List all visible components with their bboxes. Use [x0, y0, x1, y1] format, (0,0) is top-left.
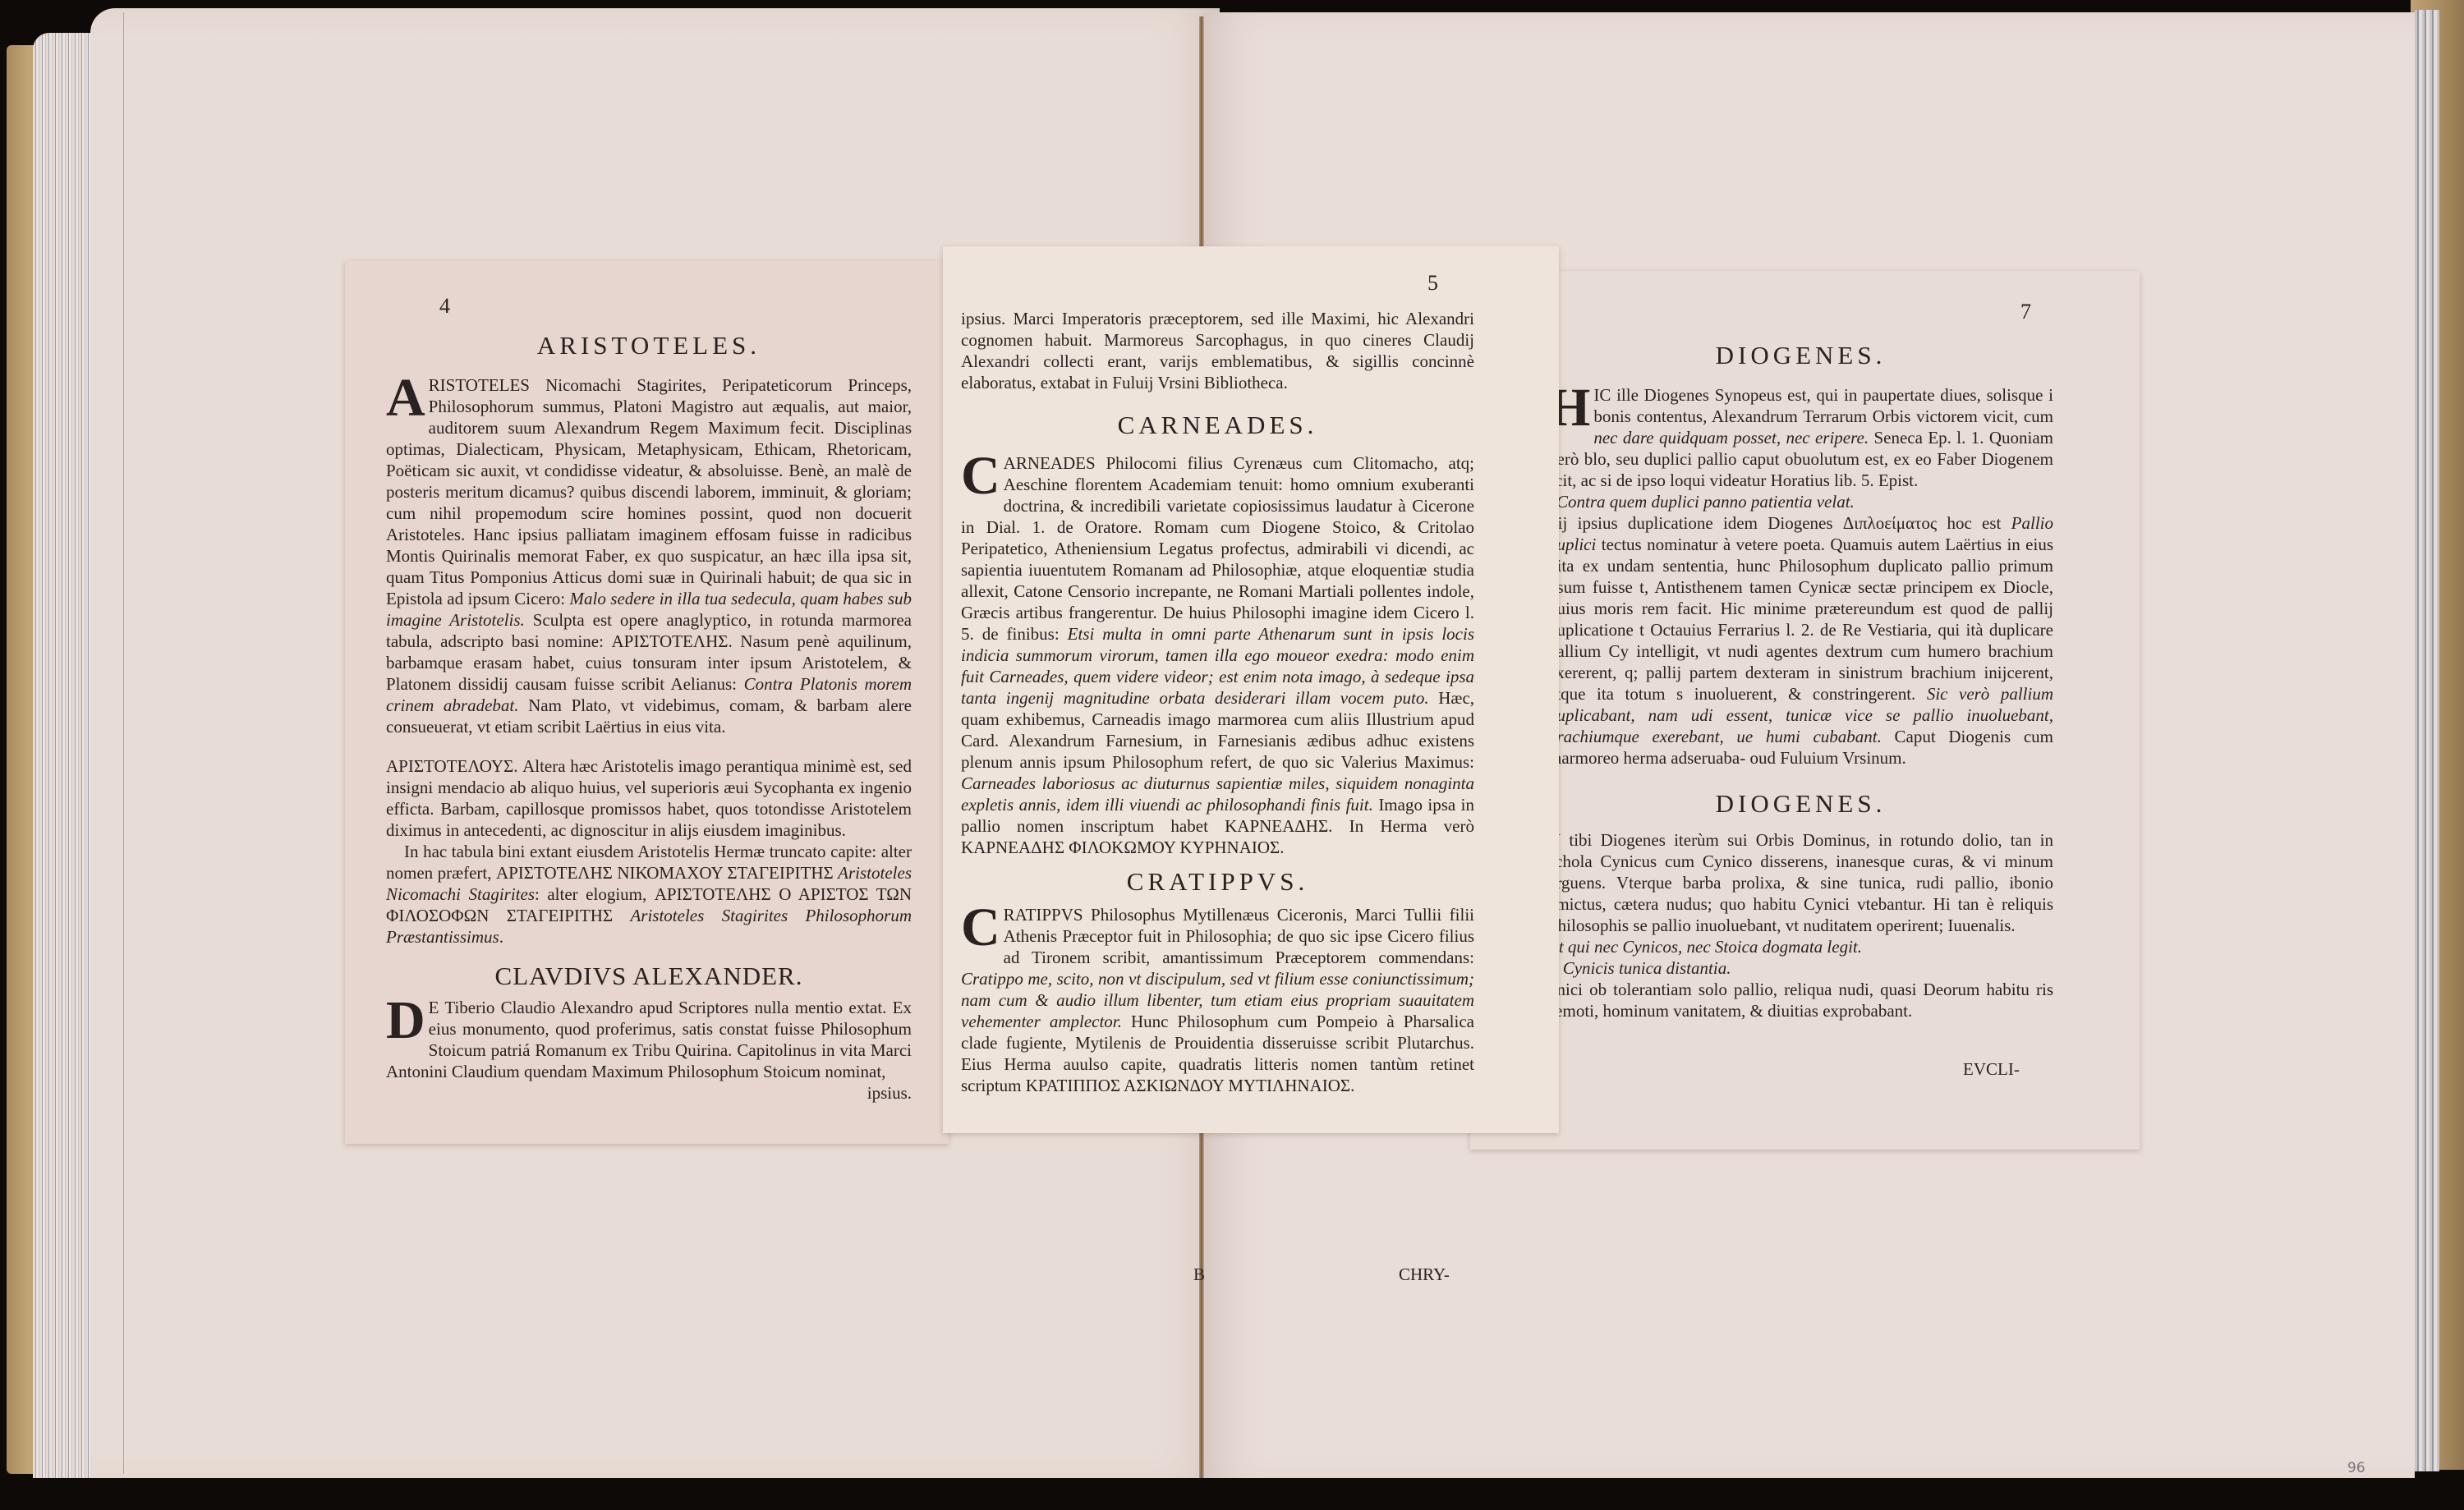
printed-leaf-page-5: 5 ipsius. Marci Imperatoris præceptorem,…	[943, 246, 1559, 1133]
page-number: 7	[2020, 300, 2031, 324]
page-edges-right	[2415, 10, 2439, 1471]
catchword: ipsius.	[386, 1082, 912, 1104]
printed-leaf-page-7: 7 DIOGENES. HIC ille Diogenes Synopeus e…	[1470, 271, 2140, 1150]
verse-horatius: Contra quem duplici panno patientia vela…	[1548, 491, 2053, 512]
heading-aristoteles: ARISTOTELES.	[386, 335, 912, 356]
drop-cap: C	[961, 906, 1000, 950]
catchword: EVCLI-	[1963, 1059, 2020, 1080]
drop-cap: C	[961, 454, 1000, 498]
paragraph-diogenes-2: llij ipsius duplicatione idem Diogenes Δ…	[1548, 512, 2053, 769]
heading-claudius-alexander: CLAVDIVS ALEXANDER.	[386, 966, 912, 987]
signature-mark: B	[1193, 1264, 1205, 1285]
page-number: 4	[439, 294, 450, 319]
paragraph-hermae: In hac tabula bini extant eiusdem Aristo…	[386, 841, 912, 948]
paragraph-claudius: DE Tiberio Claudio Alexandro apud Script…	[386, 997, 912, 1082]
pencil-folio-number: 96	[2347, 1460, 2365, 1476]
heading-diogenes-second: DIOGENES.	[1548, 793, 2053, 815]
verse-juvenalis-1: Et qui nec Cynicos, nec Stoica dogmata l…	[1548, 936, 2053, 957]
paragraph-carneades: CARNEADES Philocomi filius Cyrenæus cum …	[961, 452, 1474, 858]
printed-leaf-page-4: 4 ARISTOTELES. ARISTOTELES Nicomachi Sta…	[345, 261, 949, 1144]
drop-cap: D	[386, 998, 425, 1043]
heading-cratippus: CRATIPPVS.	[961, 871, 1474, 893]
paragraph-aristoteles: ARISTOTELES Nicomachi Stagirites, Peripa…	[386, 374, 912, 737]
page-edges-left	[33, 33, 99, 1478]
drop-cap: A	[386, 376, 425, 420]
paragraph-claudius-continued: ipsius. Marci Imperatoris præceptorem, s…	[961, 308, 1474, 393]
background-shadow	[0, 1478, 2464, 1510]
paragraph-aristotelous: ΑΡΙΣΤΟΤΕΛΟΥΣ. Altera hæc Aristotelis ima…	[386, 755, 912, 841]
catchword: CHRY-	[1399, 1264, 1450, 1285]
heading-diogenes: DIOGENES.	[1548, 345, 2053, 366]
paragraph-diogenes-4: ynici ob tolerantiam solo pallio, reliqu…	[1548, 979, 2053, 1021]
heading-carneades: CARNEADES.	[961, 415, 1474, 436]
page-border-rule	[123, 12, 124, 1474]
paragraph-diogenes-3: N tibi Diogenes iterùm sui Orbis Dominus…	[1548, 829, 2053, 936]
paragraph-cratippus: CRATIPPVS Philosophus Mytillenæus Cicero…	[961, 904, 1474, 1096]
verse-juvenalis-2: A Cynicis tunica distantia.	[1548, 957, 2053, 979]
page-number: 5	[1427, 271, 1438, 296]
paragraph-diogenes-1: HIC ille Diogenes Synopeus est, qui in p…	[1548, 384, 2053, 491]
